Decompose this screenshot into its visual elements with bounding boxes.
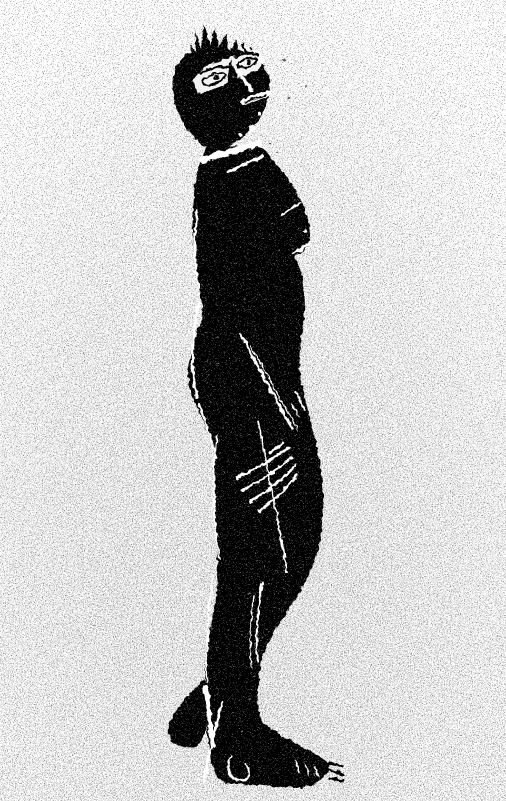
artwork-stage: High-contrast black and white figure stu…: [0, 0, 506, 801]
artwork-canvas: High-contrast black and white figure stu…: [0, 0, 506, 801]
